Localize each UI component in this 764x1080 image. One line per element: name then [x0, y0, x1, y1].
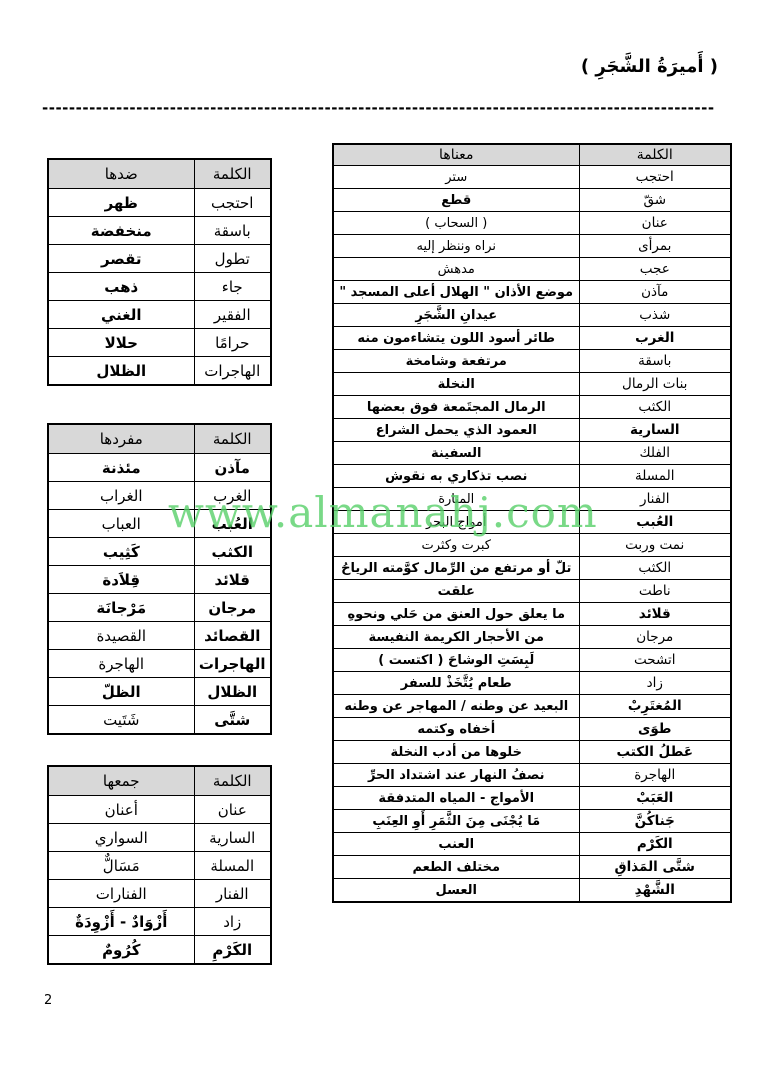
word-cell: الكَرْمِ	[194, 936, 271, 965]
table-row: بنات الرمالالنخلة	[333, 373, 731, 396]
word-cell: احتجب	[579, 166, 731, 189]
table-row: قلائدما يعلق حول العنق من حَلي ونحوهِ	[333, 603, 731, 626]
table-header-row: الكلمة ضدها	[48, 159, 271, 189]
value-cell: ظهر	[48, 189, 194, 217]
table-row: المُغتَرِبْالبعيد عن وطنه / المهاجر عن و…	[333, 695, 731, 718]
value-cell: نصفُ النهار عند اشتداد الحرِّ	[333, 764, 579, 787]
table-row: مآذنمئذنة	[48, 454, 271, 482]
table-row: العُببأمواج البحر	[333, 511, 731, 534]
word-cell: الكثب	[194, 538, 271, 566]
table-row: نمت وربتكبرت وكثرت	[333, 534, 731, 557]
word-cell: الفلك	[579, 442, 731, 465]
value-cell: مختلف الطعم	[333, 856, 579, 879]
table-row: الفنارالمنارة	[333, 488, 731, 511]
table-row: عنان( السحاب )	[333, 212, 731, 235]
word-cell: الكثب	[579, 557, 731, 580]
word-cell: بمرأى	[579, 235, 731, 258]
word-cell: قلائد	[194, 566, 271, 594]
table-row: تطولتقصر	[48, 245, 271, 273]
table-row: الكثبكَثِيب	[48, 538, 271, 566]
word-cell: ناطت	[579, 580, 731, 603]
value-cell: طعام يُتَّخَذْ للسفر	[333, 672, 579, 695]
table-row: الكثبالرمال المجتَمعة فوق بعضها	[333, 396, 731, 419]
value-cell: الرمال المجتَمعة فوق بعضها	[333, 396, 579, 419]
word-header-cell: الكلمة	[194, 766, 271, 796]
word-cell: احتجب	[194, 189, 271, 217]
word-cell: العَبَبْ	[579, 787, 731, 810]
word-cell: القصائد	[194, 622, 271, 650]
value-cell: مَرْجانَة	[48, 594, 194, 622]
word-cell: المسلة	[579, 465, 731, 488]
table-row: مآذنموضع الأذان " الهلال أعلى المسجد "	[333, 281, 731, 304]
word-cell: السارية	[194, 824, 271, 852]
value-cell: كبرت وكثرت	[333, 534, 579, 557]
value-cell: البعيد عن وطنه / المهاجر عن وطنه	[333, 695, 579, 718]
word-cell: الغرب	[579, 327, 731, 350]
value-cell: الظلال	[48, 357, 194, 386]
table-row: عنانأعنان	[48, 796, 271, 824]
value-cell: حلالا	[48, 329, 194, 357]
table-row: مرجانمَرْجانَة	[48, 594, 271, 622]
value-cell: موضع الأذان " الهلال أعلى المسجد "	[333, 281, 579, 304]
value-cell: كُرُومٌ	[48, 936, 194, 965]
value-cell: نراه وننظر إليه	[333, 235, 579, 258]
word-cell: زاد	[194, 908, 271, 936]
value-cell: ( السحاب )	[333, 212, 579, 235]
table-row: عَطلُ الكتبخلوها من أدب النخلة	[333, 741, 731, 764]
value-cell: الغني	[48, 301, 194, 329]
table-row: المسلةمَسَالٌّ	[48, 852, 271, 880]
value-cell: من الأحجار الكريمة النفيسة	[333, 626, 579, 649]
word-cell: عجب	[579, 258, 731, 281]
table-row: قلائدقِلاَدة	[48, 566, 271, 594]
table-row: احتجبظهر	[48, 189, 271, 217]
word-cell: الهاجرات	[194, 357, 271, 386]
value-cell: المنارة	[333, 488, 579, 511]
value-cell: منخفضة	[48, 217, 194, 245]
table-row: الكَرْمالعنب	[333, 833, 731, 856]
value-cell: الهاجرة	[48, 650, 194, 678]
value-cell: السفينة	[333, 442, 579, 465]
word-cell: مآذن	[579, 281, 731, 304]
word-cell: عنان	[579, 212, 731, 235]
table-row: باسقةمنخفضة	[48, 217, 271, 245]
value-cell: قطع	[333, 189, 579, 212]
antonyms-table: الكلمة ضدها احتجبظهرباسقةمنخفضةتطولتقصرج…	[47, 158, 272, 386]
word-cell: العُبب	[579, 511, 731, 534]
word-cell: المسلة	[194, 852, 271, 880]
word-cell: شقّ	[579, 189, 731, 212]
word-header-cell: الكلمة	[194, 424, 271, 454]
table-row: زادأَزْوَادٌ - أَزْوِدَةٌ	[48, 908, 271, 936]
table-row: الفنارالفنارات	[48, 880, 271, 908]
value-cell: مدهش	[333, 258, 579, 281]
table-row: الهاجراتالهاجرة	[48, 650, 271, 678]
table-row: العُببالعباب	[48, 510, 271, 538]
word-header-cell: الكلمة	[579, 144, 731, 166]
word-cell: العُبب	[194, 510, 271, 538]
word-cell: مرجان	[579, 626, 731, 649]
meanings-table: الكلمة معناها احتجبسترشقّقطععنان( السحاب…	[332, 143, 732, 903]
value-cell: أَزْوَادٌ - أَزْوِدَةٌ	[48, 908, 194, 936]
word-cell: جَناكُنَّ	[579, 810, 731, 833]
page-title: ( أَميرَةُ الشَّجَرِ )	[581, 56, 718, 77]
value-cell: أعنان	[48, 796, 194, 824]
word-cell: الظلال	[194, 678, 271, 706]
value-cell: علقت	[333, 580, 579, 603]
word-cell: جاء	[194, 273, 271, 301]
word-cell: تطول	[194, 245, 271, 273]
table-row: المسلةنصب تذكاري به نقوش	[333, 465, 731, 488]
table-row: اتشحتلَبِسَتِ الوشاحَ ( اكتست )	[333, 649, 731, 672]
value-cell: مَا يُجْنَى مِنَ الثَّمَرِ أَوِ العِنَبِ	[333, 810, 579, 833]
table-row: بمرأىنراه وننظر إليه	[333, 235, 731, 258]
word-cell: الكثب	[579, 396, 731, 419]
word-cell: حرامًا	[194, 329, 271, 357]
word-cell: الهاجرة	[579, 764, 731, 787]
value-cell: الغراب	[48, 482, 194, 510]
value-cell: تلّ أو مرتفع من الرِّمال كوَّمته الرياحُ	[333, 557, 579, 580]
word-cell: شتَّى المَذاقِ	[579, 856, 731, 879]
value-cell: تقصر	[48, 245, 194, 273]
value-cell: العسل	[333, 879, 579, 903]
meaning-header-cell: معناها	[333, 144, 579, 166]
word-cell: الفنار	[194, 880, 271, 908]
table-row: الساريةالعمود الذي يحمل الشراع	[333, 419, 731, 442]
value-cell: العنب	[333, 833, 579, 856]
table-row: شتَّىشَتَيت	[48, 706, 271, 735]
table-row: طوَىأخفاه وكتمه	[333, 718, 731, 741]
table-header-row: الكلمة جمعها	[48, 766, 271, 796]
word-cell: اتشحت	[579, 649, 731, 672]
value-cell: السواري	[48, 824, 194, 852]
table-row: مرجانمن الأحجار الكريمة النفيسة	[333, 626, 731, 649]
word-cell: شذب	[579, 304, 731, 327]
table-row: القصائدالقصيدة	[48, 622, 271, 650]
table-row: الظلالالظلّ	[48, 678, 271, 706]
table-row: الهاجراتالظلال	[48, 357, 271, 386]
value-cell: خلوها من أدب النخلة	[333, 741, 579, 764]
value-cell: نصب تذكاري به نقوش	[333, 465, 579, 488]
word-header-cell: الكلمة	[194, 159, 271, 189]
word-cell: طوَى	[579, 718, 731, 741]
antonym-header-cell: ضدها	[48, 159, 194, 189]
table-row: باسقةمرتفعة وشامخة	[333, 350, 731, 373]
word-cell: عنان	[194, 796, 271, 824]
value-cell: مَسَالٌّ	[48, 852, 194, 880]
word-cell: بنات الرمال	[579, 373, 731, 396]
value-cell: العمود الذي يحمل الشراع	[333, 419, 579, 442]
value-cell: الفنارات	[48, 880, 194, 908]
value-cell: أخفاه وكتمه	[333, 718, 579, 741]
word-cell: باسقة	[194, 217, 271, 245]
value-cell: ستر	[333, 166, 579, 189]
word-cell: المُغتَرِبْ	[579, 695, 731, 718]
table-row: حرامًاحلالا	[48, 329, 271, 357]
word-cell: الشَّهْدِ	[579, 879, 731, 903]
word-cell: الفقير	[194, 301, 271, 329]
table-row: جَناكُنَّمَا يُجْنَى مِنَ الثَّمَرِ أَوِ…	[333, 810, 731, 833]
plurals-table: الكلمة جمعها عنانأعنانالساريةالسواريالمس…	[47, 765, 272, 965]
value-cell: طائر أسود اللون يتشاءمون منه	[333, 327, 579, 350]
value-cell: عيدانِ الشَّجَرِ	[333, 304, 579, 327]
word-cell: مآذن	[194, 454, 271, 482]
table-row: الكثبتلّ أو مرتفع من الرِّمال كوَّمته ال…	[333, 557, 731, 580]
value-cell: القصيدة	[48, 622, 194, 650]
value-cell: النخلة	[333, 373, 579, 396]
value-cell: مئذنة	[48, 454, 194, 482]
table-row: شتَّى المَذاقِمختلف الطعم	[333, 856, 731, 879]
word-cell: الفنار	[579, 488, 731, 511]
word-cell: السارية	[579, 419, 731, 442]
table-row: احتجبستر	[333, 166, 731, 189]
word-cell: باسقة	[579, 350, 731, 373]
word-cell: الغرب	[194, 482, 271, 510]
table-row: الهاجرةنصفُ النهار عند اشتداد الحرِّ	[333, 764, 731, 787]
singular-header-cell: مفردها	[48, 424, 194, 454]
value-cell: ذهب	[48, 273, 194, 301]
table-row: جاءذهب	[48, 273, 271, 301]
word-cell: زاد	[579, 672, 731, 695]
value-cell: الأمواج - المياه المتدفقة	[333, 787, 579, 810]
page-number: 2	[44, 993, 52, 1008]
singulars-table: الكلمة مفردها مآذنمئذنةالغربالغرابالعُبب…	[47, 423, 272, 735]
table-row: الغربطائر أسود اللون يتشاءمون منه	[333, 327, 731, 350]
word-cell: نمت وربت	[579, 534, 731, 557]
word-cell: قلائد	[579, 603, 731, 626]
value-cell: لَبِسَتِ الوشاحَ ( اكتست )	[333, 649, 579, 672]
table-header-row: الكلمة معناها	[333, 144, 731, 166]
table-row: عجبمدهش	[333, 258, 731, 281]
value-cell: ما يعلق حول العنق من حَلي ونحوهِ	[333, 603, 579, 626]
word-cell: شتَّى	[194, 706, 271, 735]
value-cell: قِلاَدة	[48, 566, 194, 594]
word-cell: مرجان	[194, 594, 271, 622]
table-row: الفقيرالغني	[48, 301, 271, 329]
table-row: الساريةالسواري	[48, 824, 271, 852]
table-row: شقّقطع	[333, 189, 731, 212]
table-row: ناطتعلقت	[333, 580, 731, 603]
dashed-divider: ----------------------------------------…	[42, 99, 714, 121]
value-cell: الظلّ	[48, 678, 194, 706]
value-cell: أمواج البحر	[333, 511, 579, 534]
table-row: العَبَبْالأمواج - المياه المتدفقة	[333, 787, 731, 810]
table-row: الشَّهْدِالعسل	[333, 879, 731, 903]
table-row: الفلكالسفينة	[333, 442, 731, 465]
table-header-row: الكلمة مفردها	[48, 424, 271, 454]
value-cell: العباب	[48, 510, 194, 538]
table-row: الكَرْمِكُرُومٌ	[48, 936, 271, 965]
word-cell: الكَرْم	[579, 833, 731, 856]
value-cell: كَثِيب	[48, 538, 194, 566]
plural-header-cell: جمعها	[48, 766, 194, 796]
table-row: الغربالغراب	[48, 482, 271, 510]
table-row: زادطعام يُتَّخَذْ للسفر	[333, 672, 731, 695]
word-cell: الهاجرات	[194, 650, 271, 678]
value-cell: مرتفعة وشامخة	[333, 350, 579, 373]
value-cell: شَتَيت	[48, 706, 194, 735]
table-row: شذبعيدانِ الشَّجَرِ	[333, 304, 731, 327]
word-cell: عَطلُ الكتب	[579, 741, 731, 764]
